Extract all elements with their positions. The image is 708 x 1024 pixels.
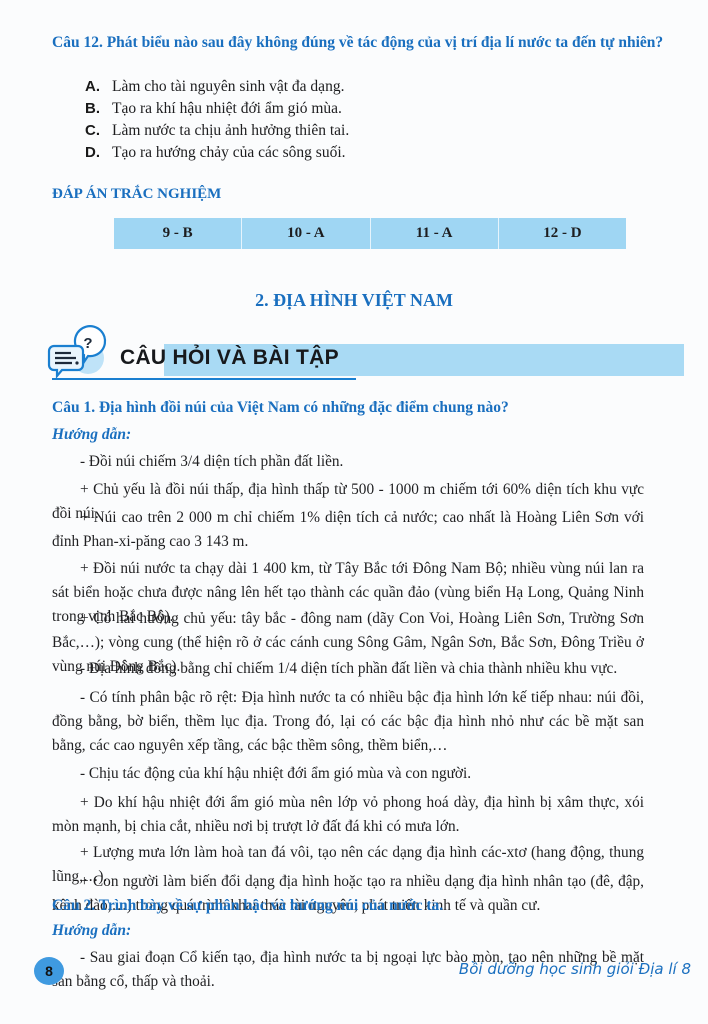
question-2-title: Câu 2. Trình bày về sự phân bậc và hướng… [52,897,443,915]
book-page: Câu 12. Phát biểu nào sau đây không đúng… [0,0,708,1024]
book-title: Bồi dưỡng học sinh giỏi Địa lí 8 [459,960,691,978]
option-text: Làm nước ta chịu ảnh hưởng thiên tai. [112,122,349,139]
option-text: Tạo ra khí hậu nhiệt đới ẩm gió mùa. [112,100,342,117]
question-1-title: Câu 1. Địa hình đồi núi của Việt Nam có … [52,399,509,417]
answer-cell: 10 - A [241,218,369,249]
option-a: A.Làm cho tài nguyên sinh vật đa dạng. [85,78,344,96]
answer-paragraph: - Địa hình đồng bằng chỉ chiếm 1/4 diện … [52,657,644,681]
page-number-badge: 8 [34,957,64,985]
banner-underline [52,378,356,380]
guide-label: Hướng dẫn: [52,922,131,940]
section-title: 2. ĐỊA HÌNH VIỆT NAM [0,290,708,311]
answer-cell: 9 - B [114,218,241,249]
question-12-title: Câu 12. Phát biểu nào sau đây không đúng… [52,34,663,52]
chat-question-icon: ? [44,324,124,380]
answer-paragraph: - Đồi núi chiếm 3/4 diện tích phần đất l… [52,450,644,474]
option-letter: C. [85,122,112,139]
banner-title: CÂU HỎI VÀ BÀI TẬP [120,346,339,370]
answers-table: 9 - B 10 - A 11 - A 12 - D [114,218,626,249]
answer-paragraph: - Có tính phân bậc rõ rệt: Địa hình nước… [52,686,644,758]
option-letter: B. [85,100,112,117]
exercise-banner: ? CÂU HỎI VÀ BÀI TẬP [44,324,356,382]
option-b: B.Tạo ra khí hậu nhiệt đới ẩm gió mùa. [85,100,342,118]
option-letter: A. [85,78,112,95]
option-text: Tạo ra hướng chảy của các sông suối. [112,144,346,161]
option-c: C.Làm nước ta chịu ảnh hưởng thiên tai. [85,122,349,140]
svg-text:?: ? [83,335,92,352]
answer-paragraph: - Chịu tác động của khí hậu nhiệt đới ẩm… [52,762,644,786]
answer-paragraph: + Do khí hậu nhiệt đới ẩm gió mùa nên lớ… [52,791,644,839]
option-text: Làm cho tài nguyên sinh vật đa dạng. [112,78,344,95]
guide-label: Hướng dẫn: [52,426,131,444]
answer-cell: 12 - D [498,218,626,249]
answer-cell: 11 - A [370,218,498,249]
answer-paragraph: + Núi cao trên 2 000 m chỉ chiếm 1% diện… [52,506,644,554]
option-letter: D. [85,144,112,161]
answers-heading: ĐÁP ÁN TRẮC NGHIỆM [52,186,221,203]
option-d: D.Tạo ra hướng chảy của các sông suối. [85,144,346,162]
